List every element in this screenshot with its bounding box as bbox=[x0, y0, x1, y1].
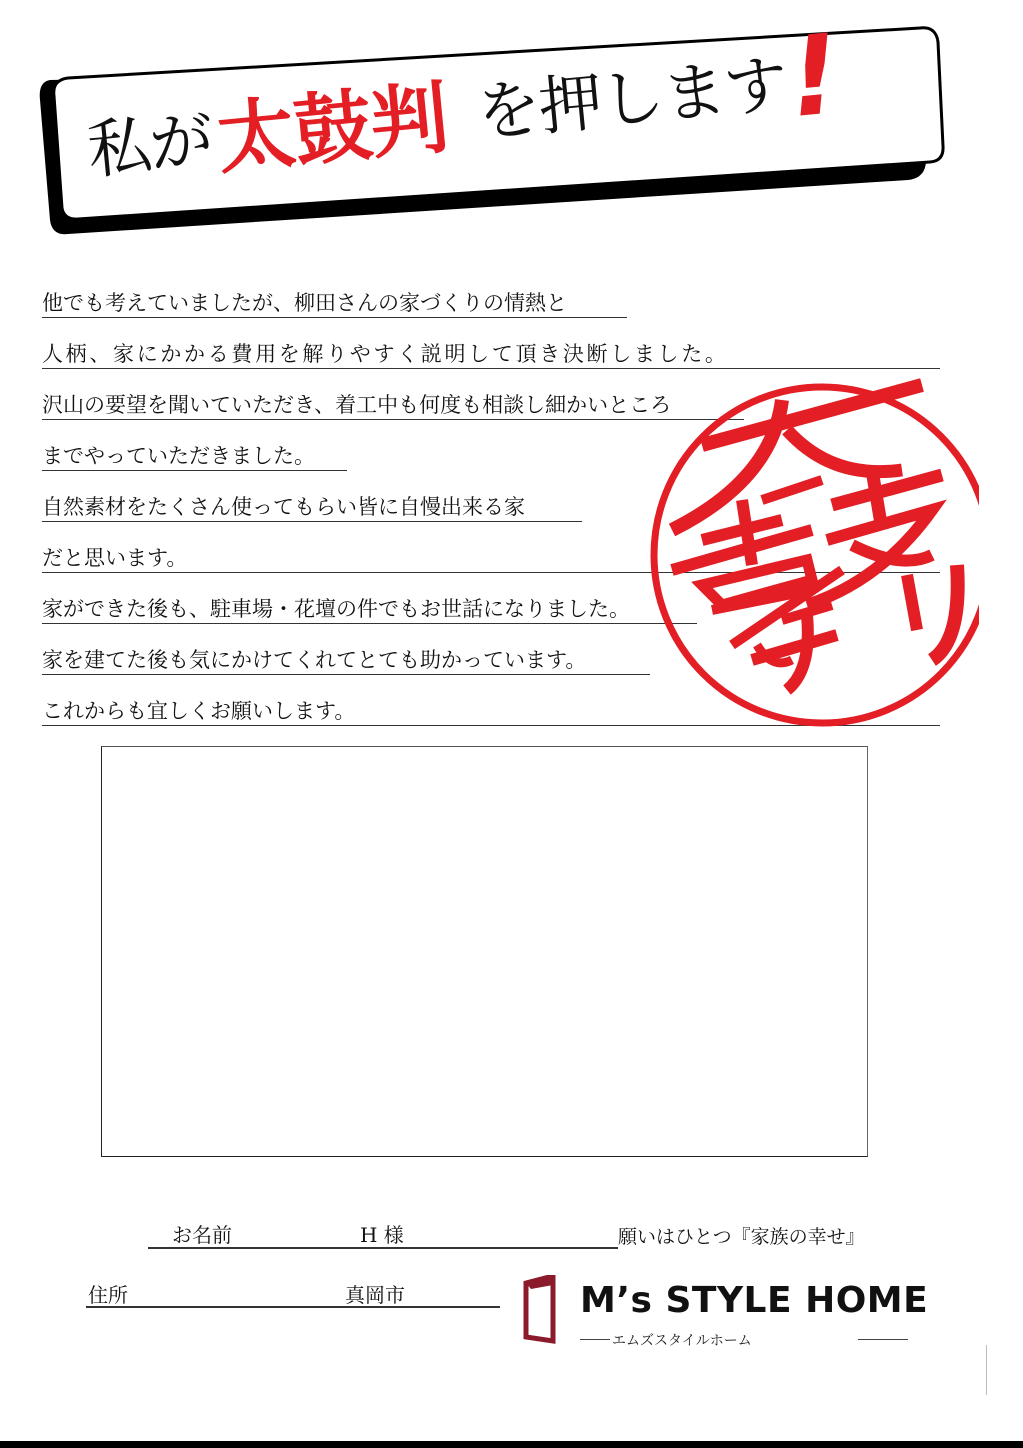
banner-title-part2: を押します bbox=[474, 48, 790, 151]
message-line: までやっていただきました。 bbox=[42, 444, 347, 471]
company-logo-name: M’s STYLE HOME bbox=[580, 1280, 928, 1321]
stamp-seal-icon bbox=[632, 370, 992, 730]
photo-frame bbox=[101, 746, 868, 1157]
name-label: お名前 bbox=[172, 1223, 232, 1247]
message-line: 人 柄 、 家 に か か る 費 用 を 解 り や す く 説 明 し て … bbox=[42, 342, 940, 369]
name-value: H 様 bbox=[360, 1223, 404, 1247]
address-label: 住所 bbox=[88, 1283, 128, 1307]
message-line: 他でも考えていましたが、柳田さんの家づくりの情熱と bbox=[42, 291, 627, 318]
door-logo-icon bbox=[523, 1275, 557, 1345]
scan-mark bbox=[986, 1345, 987, 1395]
logo-rule-right bbox=[858, 1339, 908, 1340]
company-logo-kana: エムズスタイルホーム bbox=[612, 1330, 752, 1350]
bottom-border bbox=[0, 1441, 1023, 1448]
slogan: 願いはひとつ『家族の幸せ』 bbox=[618, 1225, 865, 1249]
message-line: 家ができた後も、駐車場・花壇の件でもお世話になりました。 bbox=[42, 597, 697, 624]
header-banner: 私が太鼓判を押します! bbox=[28, 20, 948, 240]
message-line: 家を建てた後も気にかけてくれてとても助かっています。 bbox=[42, 648, 650, 675]
exclamation-icon: ! bbox=[783, 10, 845, 142]
logo-rule-left bbox=[580, 1339, 610, 1340]
message-line: 自然素材をたくさん使ってもらい皆に自慢出来る家 bbox=[42, 495, 582, 522]
address-value: 真岡市 bbox=[345, 1283, 405, 1307]
name-underline bbox=[148, 1247, 618, 1249]
address-underline bbox=[86, 1306, 500, 1308]
taikoban-stamp bbox=[632, 370, 992, 730]
banner-title-highlight: 太鼓判 bbox=[213, 74, 452, 186]
banner-title-part1: 私が bbox=[84, 103, 215, 189]
